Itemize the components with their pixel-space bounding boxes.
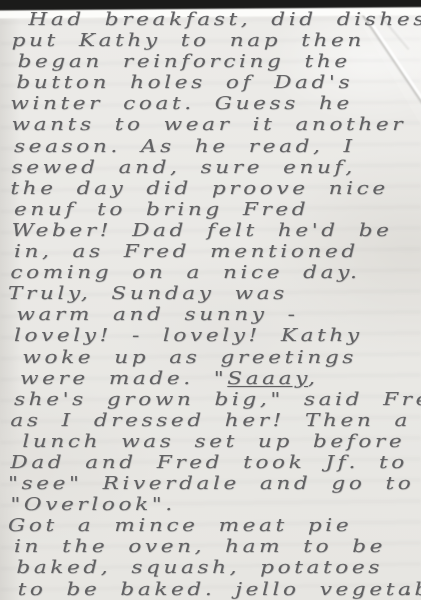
handwriting-line: she's grown big," said Fred! — [8, 389, 421, 410]
handwriting-line: woke up as greetings — [8, 347, 421, 368]
handwriting-line: Got a mince meat pie — [8, 515, 421, 536]
handwriting-line: lovely! - lovely! Kathy — [8, 325, 421, 346]
underlined-word: Saaay — [227, 368, 308, 389]
handwriting-line: wants to wear it another — [8, 114, 421, 135]
handwriting-line: to be baked. jello vegetable — [8, 579, 421, 600]
handwriting-line: were made. "Saaay, — [8, 368, 421, 389]
handwriting-line: "see" Riverdale and go to — [8, 473, 421, 494]
handwriting-line: as I dressed her! Then a — [8, 410, 421, 431]
handwriting-line: in the oven, ham to be — [8, 536, 421, 557]
handwriting-line: season. As he read, I — [8, 136, 421, 157]
handwriting-line: in, as Fred mentioned — [8, 241, 421, 262]
handwriting-line: coming on a nice day. — [8, 262, 421, 283]
handwriting-line: Truly, Sunday was — [8, 283, 421, 304]
handwriting-line: put Kathy to nap then — [8, 30, 421, 51]
stray-pencil-dot — [407, 592, 410, 595]
handwriting-line: began reinforcing the — [8, 51, 421, 72]
handwriting-line: sewed and, sure enuf, — [8, 157, 421, 178]
handwriting-line: "Overlook". — [8, 494, 421, 515]
handwriting-line: Had breakfast, did dishes, — [8, 9, 421, 30]
handwriting-line: enuf to bring Fred — [8, 199, 421, 220]
handwriting-line: baked, squash, potatoes — [8, 557, 421, 578]
scanned-page: Had breakfast, did dishes,put Kathy to n… — [0, 0, 421, 600]
handwriting-line: warm and sunny - — [8, 304, 421, 325]
handwriting-line: Weber! Dad felt he'd be — [8, 220, 421, 241]
handwriting-line: button holes of Dad's — [8, 72, 421, 93]
handwriting-line: Dad and Fred took Jf. to — [8, 452, 421, 473]
handwriting-line: lunch was set up before — [8, 431, 421, 452]
handwriting-text: Had breakfast, did dishes,put Kathy to n… — [8, 9, 421, 600]
handwriting-line: winter coat. Guess he — [8, 93, 421, 114]
handwriting-line: the day did proove nice — [8, 178, 421, 199]
